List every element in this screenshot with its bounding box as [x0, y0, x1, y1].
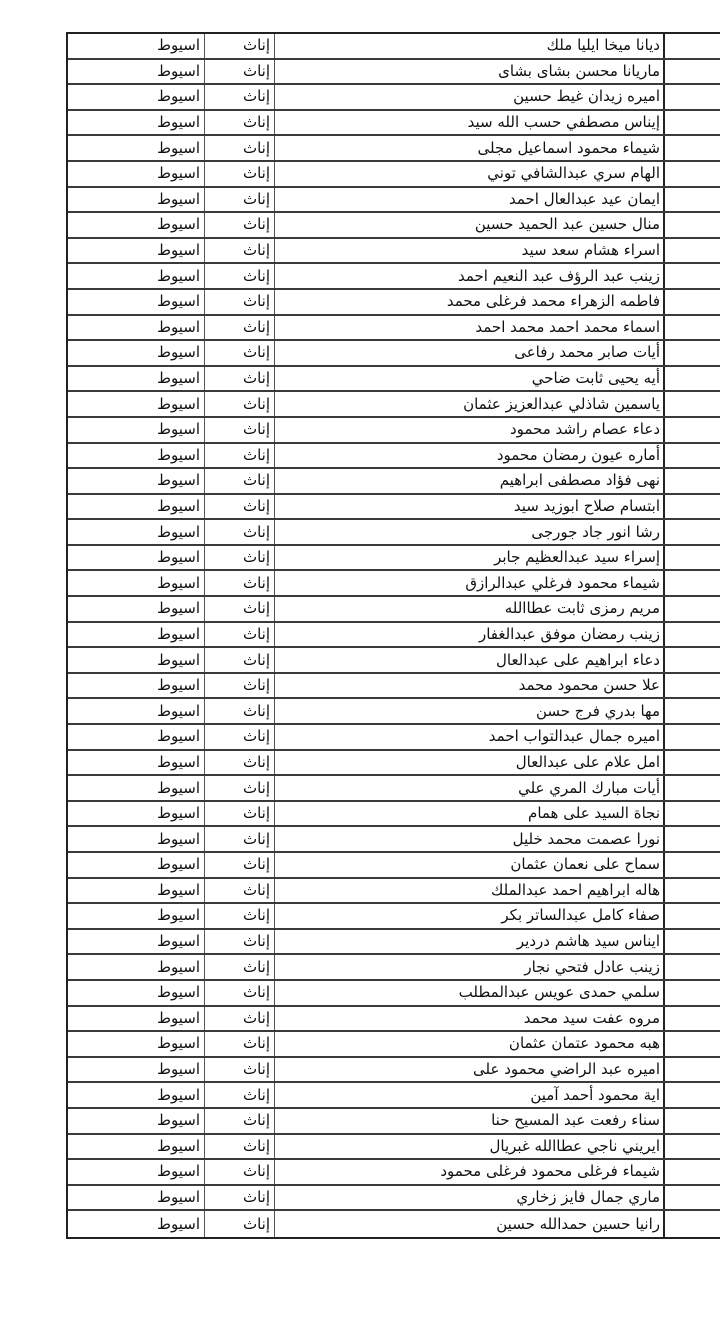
- gender-cell: إناث: [205, 444, 275, 468]
- index-cell: [665, 34, 720, 58]
- governorate-cell: اسيوط: [68, 444, 205, 468]
- gender-cell: إناث: [205, 290, 275, 314]
- index-cell: [665, 60, 720, 84]
- name-cell: إيناس مصطفي حسب الله سيد: [275, 111, 665, 135]
- governorate-cell: اسيوط: [68, 239, 205, 263]
- table-row: اسيوط إناث نورا عصمت محمد خليل: [68, 827, 720, 853]
- gender-cell: إناث: [205, 264, 275, 288]
- governorate-cell: اسيوط: [68, 162, 205, 186]
- governorate-cell: اسيوط: [68, 827, 205, 851]
- table-row: اسيوط إناث مها بدري فرج حسن: [68, 699, 720, 725]
- governorate-cell: اسيوط: [68, 1032, 205, 1056]
- table-row: اسيوط إناث اية محمود أحمد آمين: [68, 1083, 720, 1109]
- governorate-cell: اسيوط: [68, 111, 205, 135]
- gender-cell: إناث: [205, 111, 275, 135]
- governorate-cell: اسيوط: [68, 699, 205, 723]
- governorate-cell: اسيوط: [68, 674, 205, 698]
- table-row: اسيوط إناث هاله ابراهيم احمد عبدالملك: [68, 879, 720, 905]
- gender-cell: إناث: [205, 597, 275, 621]
- index-cell: [665, 136, 720, 160]
- name-cell: اية محمود أحمد آمين: [275, 1083, 665, 1107]
- governorate-cell: اسيوط: [68, 469, 205, 493]
- index-cell: [665, 239, 720, 263]
- gender-cell: إناث: [205, 623, 275, 647]
- gender-cell: إناث: [205, 904, 275, 928]
- gender-cell: إناث: [205, 239, 275, 263]
- name-cell: صفاء كامل عبدالساتر بكر: [275, 904, 665, 928]
- name-cell: هبه محمود عتمان عثمان: [275, 1032, 665, 1056]
- governorate-cell: اسيوط: [68, 776, 205, 800]
- name-cell: اميره عبد الراضي محمود على: [275, 1058, 665, 1082]
- gender-cell: إناث: [205, 802, 275, 826]
- name-cell: مريم رمزى ثابت عطاالله: [275, 597, 665, 621]
- governorate-cell: اسيوط: [68, 1160, 205, 1184]
- gender-cell: إناث: [205, 674, 275, 698]
- index-cell: [665, 111, 720, 135]
- name-cell: اسماء محمد احمد محمد احمد: [275, 316, 665, 340]
- gender-cell: إناث: [205, 751, 275, 775]
- gender-cell: إناث: [205, 34, 275, 58]
- gender-cell: إناث: [205, 1160, 275, 1184]
- gender-cell: إناث: [205, 213, 275, 237]
- name-cell: رشا انور جاد جورجى: [275, 520, 665, 544]
- name-cell: ابتسام صلاح ابوزيد سيد: [275, 495, 665, 519]
- table-row: اسيوط إناث دعاء ابراهيم على عبدالعال: [68, 648, 720, 674]
- index-cell: [665, 699, 720, 723]
- governorate-cell: اسيوط: [68, 725, 205, 749]
- table-row: اسيوط إناث اسماء محمد احمد محمد احمد: [68, 316, 720, 342]
- name-cell: ايريني ناجي عطاالله غبريال: [275, 1135, 665, 1159]
- table-row: اسيوط إناث سناء رفعت عبد المسيح حنا: [68, 1109, 720, 1135]
- name-cell: زينب عبد الرؤف عبد النعيم احمد: [275, 264, 665, 288]
- name-cell: شيماء فرغلى محمود فرغلى محمود: [275, 1160, 665, 1184]
- governorate-cell: اسيوط: [68, 597, 205, 621]
- index-cell: [665, 879, 720, 903]
- gender-cell: إناث: [205, 930, 275, 954]
- table-row: اسيوط إناث منال حسين عبد الحميد حسين: [68, 213, 720, 239]
- governorate-cell: اسيوط: [68, 1083, 205, 1107]
- gender-cell: إناث: [205, 188, 275, 212]
- table-row: اسيوط إناث اميره زيدان غيط حسين: [68, 85, 720, 111]
- index-cell: [665, 1160, 720, 1184]
- index-cell: [665, 597, 720, 621]
- name-cell: إسراء سيد عبدالعظيم جابر: [275, 546, 665, 570]
- index-cell: [665, 751, 720, 775]
- gender-cell: إناث: [205, 136, 275, 160]
- index-cell: [665, 1135, 720, 1159]
- index-cell: [665, 1032, 720, 1056]
- gender-cell: إناث: [205, 571, 275, 595]
- gender-cell: إناث: [205, 85, 275, 109]
- governorate-cell: اسيوط: [68, 341, 205, 365]
- name-cell: مها بدري فرج حسن: [275, 699, 665, 723]
- name-cell: ماري جمال فايز زخاري: [275, 1186, 665, 1210]
- gender-cell: إناث: [205, 495, 275, 519]
- gender-cell: إناث: [205, 1083, 275, 1107]
- index-cell: [665, 623, 720, 647]
- index-cell: [665, 418, 720, 442]
- gender-cell: إناث: [205, 981, 275, 1005]
- name-cell: مروه عفت سيد محمد: [275, 1007, 665, 1031]
- governorate-cell: اسيوط: [68, 1058, 205, 1082]
- table-row: اسيوط إناث ياسمين شاذلي عبدالعزيز عثمان: [68, 392, 720, 418]
- gender-cell: إناث: [205, 316, 275, 340]
- table-row: اسيوط إناث علا حسن محمود محمد: [68, 674, 720, 700]
- table-row: اسيوط إناث اسراء هشام سعد سيد: [68, 239, 720, 265]
- table-row: اسيوط إناث زينب عادل فتحي نجار: [68, 955, 720, 981]
- gender-cell: إناث: [205, 1032, 275, 1056]
- name-cell: سناء رفعت عبد المسيح حنا: [275, 1109, 665, 1133]
- governorate-cell: اسيوط: [68, 1007, 205, 1031]
- gender-cell: إناث: [205, 648, 275, 672]
- governorate-cell: اسيوط: [68, 367, 205, 391]
- index-cell: [665, 264, 720, 288]
- table-row: اسيوط إناث مريم رمزى ثابت عطاالله: [68, 597, 720, 623]
- gender-cell: إناث: [205, 367, 275, 391]
- gender-cell: إناث: [205, 1211, 275, 1237]
- governorate-cell: اسيوط: [68, 392, 205, 416]
- table-row: اسيوط إناث إسراء سيد عبدالعظيم جابر: [68, 546, 720, 572]
- table-row: اسيوط إناث نجاة السيد على همام: [68, 802, 720, 828]
- governorate-cell: اسيوط: [68, 188, 205, 212]
- name-cell: سماح على نعمان عثمان: [275, 853, 665, 877]
- gender-cell: إناث: [205, 1109, 275, 1133]
- governorate-cell: اسيوط: [68, 213, 205, 237]
- governorate-cell: اسيوط: [68, 1186, 205, 1210]
- name-cell: الهام سري عبدالشافي توني: [275, 162, 665, 186]
- governorate-cell: اسيوط: [68, 1109, 205, 1133]
- gender-cell: إناث: [205, 1007, 275, 1031]
- governorate-cell: اسيوط: [68, 853, 205, 877]
- name-cell: ايناس سيد هاشم دردير: [275, 930, 665, 954]
- gender-cell: إناث: [205, 955, 275, 979]
- index-cell: [665, 1058, 720, 1082]
- governorate-cell: اسيوط: [68, 136, 205, 160]
- gender-cell: إناث: [205, 827, 275, 851]
- governorate-cell: اسيوط: [68, 1135, 205, 1159]
- index-cell: [665, 162, 720, 186]
- governorate-cell: اسيوط: [68, 264, 205, 288]
- index-cell: [665, 1211, 720, 1237]
- index-cell: [665, 546, 720, 570]
- name-cell: نجاة السيد على همام: [275, 802, 665, 826]
- table-row: اسيوط إناث ديانا ميخا ايليا ملك: [68, 34, 720, 60]
- name-cell: منال حسين عبد الحميد حسين: [275, 213, 665, 237]
- index-cell: [665, 853, 720, 877]
- index-cell: [665, 341, 720, 365]
- table-row: اسيوط إناث أيه يحيى ثابت ضاحي: [68, 367, 720, 393]
- governorate-cell: اسيوط: [68, 495, 205, 519]
- index-cell: [665, 1083, 720, 1107]
- index-cell: [665, 469, 720, 493]
- table-row: اسيوط إناث دعاء عصام راشد محمود: [68, 418, 720, 444]
- name-cell: علا حسن محمود محمد: [275, 674, 665, 698]
- table-row: اسيوط إناث شيماء فرغلى محمود فرغلى محمود: [68, 1160, 720, 1186]
- index-cell: [665, 290, 720, 314]
- gender-cell: إناث: [205, 520, 275, 544]
- table-row: اسيوط إناث أيات صابر محمد رفاعى: [68, 341, 720, 367]
- governorate-cell: اسيوط: [68, 648, 205, 672]
- governorate-cell: اسيوط: [68, 623, 205, 647]
- name-cell: اميره زيدان غيط حسين: [275, 85, 665, 109]
- table-row: اسيوط إناث شيماء محمود فرغلي عبدالرازق: [68, 571, 720, 597]
- name-cell: أيه يحيى ثابت ضاحي: [275, 367, 665, 391]
- table-row: اسيوط إناث سلمي حمدى عويس عبدالمطلب: [68, 981, 720, 1007]
- name-cell: شيماء محمود اسماعيل مجلى: [275, 136, 665, 160]
- table-row: اسيوط إناث مروه عفت سيد محمد: [68, 1007, 720, 1033]
- gender-cell: إناث: [205, 162, 275, 186]
- index-cell: [665, 188, 720, 212]
- table-row: اسيوط إناث زينب رمضان موفق عبدالغفار: [68, 623, 720, 649]
- index-cell: [665, 495, 720, 519]
- name-cell: أيات صابر محمد رفاعى: [275, 341, 665, 365]
- name-cell: فاطمه الزهراء محمد فرغلى محمد: [275, 290, 665, 314]
- governorate-cell: اسيوط: [68, 981, 205, 1005]
- name-cell: اميره جمال عبدالتواب احمد: [275, 725, 665, 749]
- name-cell: سلمي حمدى عويس عبدالمطلب: [275, 981, 665, 1005]
- index-cell: [665, 444, 720, 468]
- governorate-cell: اسيوط: [68, 802, 205, 826]
- name-cell: امل علام على عبدالعال: [275, 751, 665, 775]
- gender-cell: إناث: [205, 418, 275, 442]
- gender-cell: إناث: [205, 341, 275, 365]
- name-cell: ماريانا محسن بشاى بشاى: [275, 60, 665, 84]
- index-cell: [665, 1007, 720, 1031]
- table-row: اسيوط إناث صفاء كامل عبدالساتر بكر: [68, 904, 720, 930]
- table-row: اسيوط إناث ابتسام صلاح ابوزيد سيد: [68, 495, 720, 521]
- governorate-cell: اسيوط: [68, 1211, 205, 1237]
- name-cell: دعاء عصام راشد محمود: [275, 418, 665, 442]
- gender-cell: إناث: [205, 725, 275, 749]
- governorate-cell: اسيوط: [68, 546, 205, 570]
- table-row: اسيوط إناث إيناس مصطفي حسب الله سيد: [68, 111, 720, 137]
- table-row: اسيوط إناث أيات مبارك المري علي: [68, 776, 720, 802]
- index-cell: [665, 85, 720, 109]
- index-cell: [665, 776, 720, 800]
- gender-cell: إناث: [205, 1135, 275, 1159]
- name-cell: رانيا حسين حمدالله حسين: [275, 1211, 665, 1237]
- table-row: اسيوط إناث أماره عيون رمضان محمود: [68, 444, 720, 470]
- name-cell: ياسمين شاذلي عبدالعزيز عثمان: [275, 392, 665, 416]
- gender-cell: إناث: [205, 699, 275, 723]
- gender-cell: إناث: [205, 1186, 275, 1210]
- gender-cell: إناث: [205, 60, 275, 84]
- index-cell: [665, 1186, 720, 1210]
- governorate-cell: اسيوط: [68, 930, 205, 954]
- name-cell: هاله ابراهيم احمد عبدالملك: [275, 879, 665, 903]
- gender-cell: إناث: [205, 546, 275, 570]
- index-cell: [665, 367, 720, 391]
- table-row: اسيوط إناث الهام سري عبدالشافي توني: [68, 162, 720, 188]
- name-cell: دعاء ابراهيم على عبدالعال: [275, 648, 665, 672]
- names-table: اسيوط إناث ديانا ميخا ايليا ملك اسيوط إن…: [66, 32, 720, 1239]
- index-cell: [665, 571, 720, 595]
- table-row: اسيوط إناث نهى فؤاد مصطفى ابراهيم: [68, 469, 720, 495]
- table-row: اسيوط إناث رشا انور جاد جورجى: [68, 520, 720, 546]
- index-cell: [665, 520, 720, 544]
- name-cell: نورا عصمت محمد خليل: [275, 827, 665, 851]
- gender-cell: إناث: [205, 392, 275, 416]
- name-cell: شيماء محمود فرغلي عبدالرازق: [275, 571, 665, 595]
- table-row: اسيوط إناث شيماء محمود اسماعيل مجلى: [68, 136, 720, 162]
- table-row: اسيوط إناث رانيا حسين حمدالله حسين: [68, 1211, 720, 1237]
- gender-cell: إناث: [205, 1058, 275, 1082]
- governorate-cell: اسيوط: [68, 418, 205, 442]
- name-cell: زينب رمضان موفق عبدالغفار: [275, 623, 665, 647]
- index-cell: [665, 648, 720, 672]
- index-cell: [665, 392, 720, 416]
- table-row: اسيوط إناث ايناس سيد هاشم دردير: [68, 930, 720, 956]
- table-row: اسيوط إناث اميره عبد الراضي محمود على: [68, 1058, 720, 1084]
- governorate-cell: اسيوط: [68, 955, 205, 979]
- name-cell: أيات مبارك المري علي: [275, 776, 665, 800]
- table-row: اسيوط إناث اميره جمال عبدالتواب احمد: [68, 725, 720, 751]
- table-row: اسيوط إناث امل علام على عبدالعال: [68, 751, 720, 777]
- governorate-cell: اسيوط: [68, 60, 205, 84]
- table-row: اسيوط إناث هبه محمود عتمان عثمان: [68, 1032, 720, 1058]
- gender-cell: إناث: [205, 469, 275, 493]
- index-cell: [665, 904, 720, 928]
- name-cell: نهى فؤاد مصطفى ابراهيم: [275, 469, 665, 493]
- table-row: اسيوط إناث فاطمه الزهراء محمد فرغلى محمد: [68, 290, 720, 316]
- governorate-cell: اسيوط: [68, 34, 205, 58]
- name-cell: زينب عادل فتحي نجار: [275, 955, 665, 979]
- table-row: اسيوط إناث سماح على نعمان عثمان: [68, 853, 720, 879]
- table-row: اسيوط إناث ماري جمال فايز زخاري: [68, 1186, 720, 1212]
- index-cell: [665, 213, 720, 237]
- name-cell: ايمان عيد عبدالعال احمد: [275, 188, 665, 212]
- table-row: اسيوط إناث ايريني ناجي عطاالله غبريال: [68, 1135, 720, 1161]
- gender-cell: إناث: [205, 776, 275, 800]
- index-cell: [665, 802, 720, 826]
- index-cell: [665, 955, 720, 979]
- gender-cell: إناث: [205, 853, 275, 877]
- governorate-cell: اسيوط: [68, 904, 205, 928]
- table-row: اسيوط إناث ايمان عيد عبدالعال احمد: [68, 188, 720, 214]
- governorate-cell: اسيوط: [68, 290, 205, 314]
- index-cell: [665, 674, 720, 698]
- governorate-cell: اسيوط: [68, 879, 205, 903]
- governorate-cell: اسيوط: [68, 85, 205, 109]
- index-cell: [665, 1109, 720, 1133]
- index-cell: [665, 827, 720, 851]
- table-row: اسيوط إناث ماريانا محسن بشاى بشاى: [68, 60, 720, 86]
- index-cell: [665, 981, 720, 1005]
- governorate-cell: اسيوط: [68, 316, 205, 340]
- governorate-cell: اسيوط: [68, 751, 205, 775]
- name-cell: أماره عيون رمضان محمود: [275, 444, 665, 468]
- name-cell: اسراء هشام سعد سيد: [275, 239, 665, 263]
- index-cell: [665, 930, 720, 954]
- gender-cell: إناث: [205, 879, 275, 903]
- governorate-cell: اسيوط: [68, 520, 205, 544]
- index-cell: [665, 725, 720, 749]
- governorate-cell: اسيوط: [68, 571, 205, 595]
- name-cell: ديانا ميخا ايليا ملك: [275, 34, 665, 58]
- table-row: اسيوط إناث زينب عبد الرؤف عبد النعيم احم…: [68, 264, 720, 290]
- index-cell: [665, 316, 720, 340]
